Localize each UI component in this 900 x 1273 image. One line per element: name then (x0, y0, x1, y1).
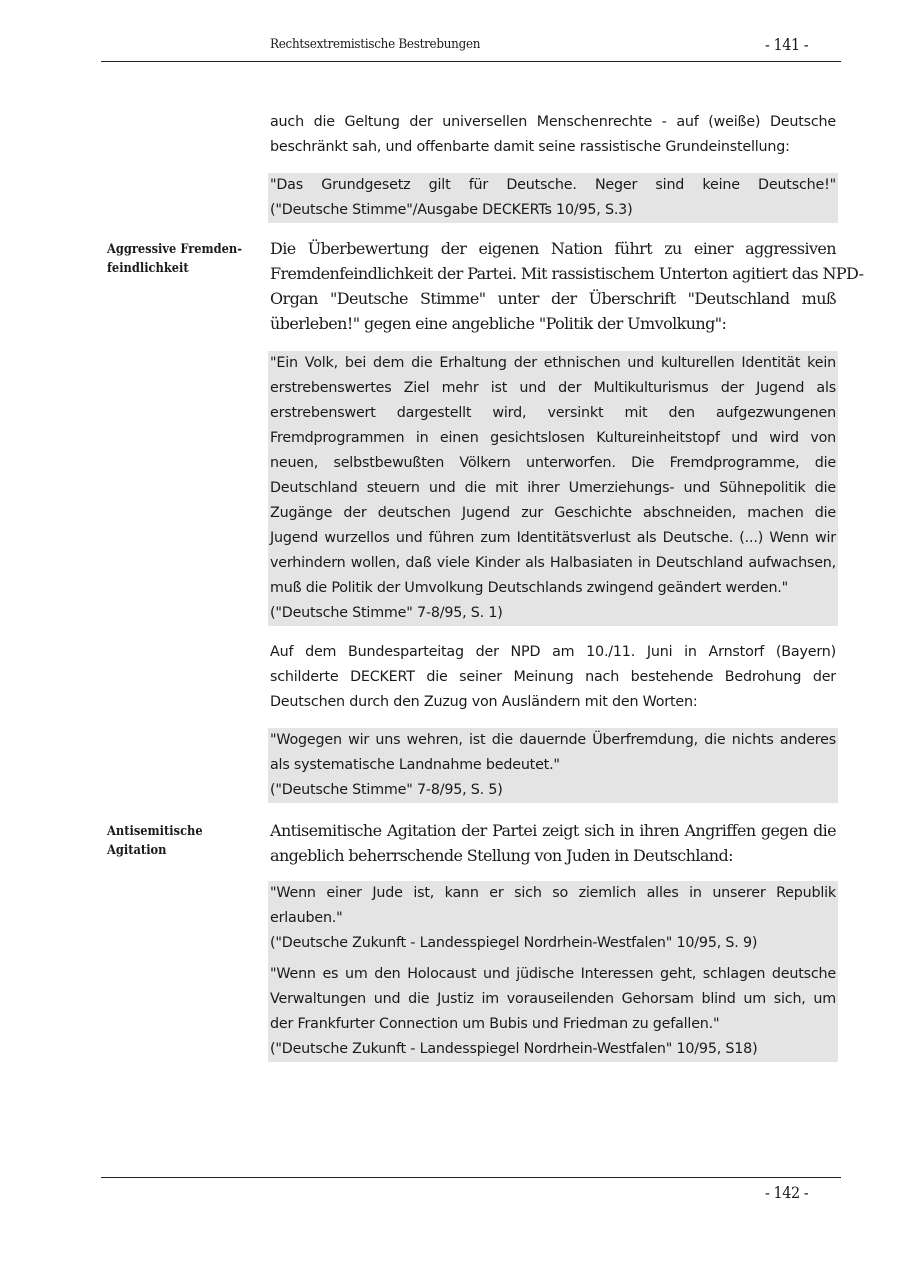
text-line: Auf dem Bundesparteitag der NPD am 10./1… (270, 640, 836, 665)
margin-heading-line: feindlichkeit (107, 259, 242, 278)
quote-line: Jugend wurzellos und führen zum Identitä… (270, 526, 836, 551)
quote-source: ("Deutsche Stimme"/Ausgabe DECKERTs 10/9… (270, 198, 836, 223)
quote-line: neuen, selbstbewußten Völkern unterworfe… (270, 451, 836, 476)
quote-line: muß die Politik der Umvolkung Deutschlan… (270, 576, 836, 601)
quote-source: ("Deutsche Stimme" 7-8/95, S. 1) (270, 601, 836, 626)
page-number-top: - 141 - (765, 35, 808, 54)
fremdenfeindlichkeit-paragraph: Die Überbewertung der eigenen Nation füh… (270, 236, 836, 336)
text-line: auch die Geltung der universellen Mensch… (270, 110, 836, 135)
text-line: beschränkt sah, und offenbarte damit sei… (270, 135, 836, 160)
quote-line: "Das Grundgesetz gilt für Deutsche. Nege… (270, 173, 836, 198)
header-rule (101, 61, 841, 62)
quote-line: "Wenn es um den Holocaust und jüdische I… (270, 962, 836, 987)
text-line: Organ "Deutsche Stimme" unter der Übersc… (270, 286, 836, 311)
text-line: angeblich beherrschende Stellung von Jud… (270, 843, 836, 868)
text-line: Deutschen durch den Zuzug von Ausländern… (270, 690, 836, 715)
quote-line: erstrebenswertes Ziel mehr ist und der M… (270, 376, 836, 401)
text-line: Antisemitische Agitation der Partei zeig… (270, 818, 836, 843)
quote-line: "Wogegen wir uns wehren, ist die dauernd… (270, 728, 836, 753)
quote-line: erlauben." (270, 906, 836, 931)
quote-line: erstrebenswert dargestellt wird, versink… (270, 401, 836, 426)
quote-box-ueberfremdung: "Wogegen wir uns wehren, ist die dauernd… (268, 728, 838, 803)
quote-box-umvolkung: "Ein Volk, bei dem die Erhaltung der eth… (268, 351, 838, 626)
running-header-title: Rechtsextremistische Bestrebungen (270, 37, 480, 52)
quote-line: verhindern wollen, daß viele Kinder als … (270, 551, 836, 576)
quote-source: ("Deutsche Zukunft - Landesspiegel Nordr… (270, 1037, 836, 1062)
quote-line: "Ein Volk, bei dem die Erhaltung der eth… (270, 351, 836, 376)
quote-line: der Frankfurter Connection um Bubis und … (270, 1012, 836, 1037)
quote-line: Fremdprogrammen in einen gesichtslosen K… (270, 426, 836, 451)
margin-heading-line: Agitation (107, 841, 203, 860)
text-line: Die Überbewertung der eigenen Nation füh… (270, 236, 836, 261)
margin-heading-fremdenfeindlichkeit: Aggressive Fremden- feindlichkeit (107, 240, 242, 278)
footer-rule (101, 1177, 841, 1178)
quote-box-grundgesetz: "Das Grundgesetz gilt für Deutsche. Nege… (268, 173, 838, 223)
quote-line: als systematische Landnahme bedeutet." (270, 753, 836, 778)
quote-line: Zugänge der deutschen Jugend zur Geschic… (270, 501, 836, 526)
text-line: überleben!" gegen eine angebliche "Polit… (270, 311, 836, 336)
quote-source: ("Deutsche Zukunft - Landesspiegel Nordr… (270, 931, 836, 956)
antisemitismus-paragraph: Antisemitische Agitation der Partei zeig… (270, 818, 836, 868)
text-line: Fremdenfeindlichkeit der Partei. Mit ras… (270, 261, 836, 286)
text-line: schilderte DECKERT die seiner Meinung na… (270, 665, 836, 690)
margin-heading-antisemitismus: Antisemitische Agitation (107, 822, 203, 860)
margin-heading-line: Antisemitische (107, 822, 203, 841)
quote-line: "Wenn einer Jude ist, kann er sich so zi… (270, 881, 836, 906)
quote-line: Verwaltungen und die Justiz im vorauseil… (270, 987, 836, 1012)
quote-source: ("Deutsche Stimme" 7-8/95, S. 5) (270, 778, 836, 803)
page-number-bottom: - 142 - (765, 1183, 808, 1202)
parteitag-paragraph: Auf dem Bundesparteitag der NPD am 10./1… (270, 640, 836, 715)
margin-heading-line: Aggressive Fremden- (107, 240, 242, 259)
quote-line: Deutschland steuern und die mit ihrer Um… (270, 476, 836, 501)
quote-box-republik: "Wenn einer Jude ist, kann er sich so zi… (268, 881, 838, 1062)
intro-paragraph: auch die Geltung der universellen Mensch… (270, 110, 836, 160)
